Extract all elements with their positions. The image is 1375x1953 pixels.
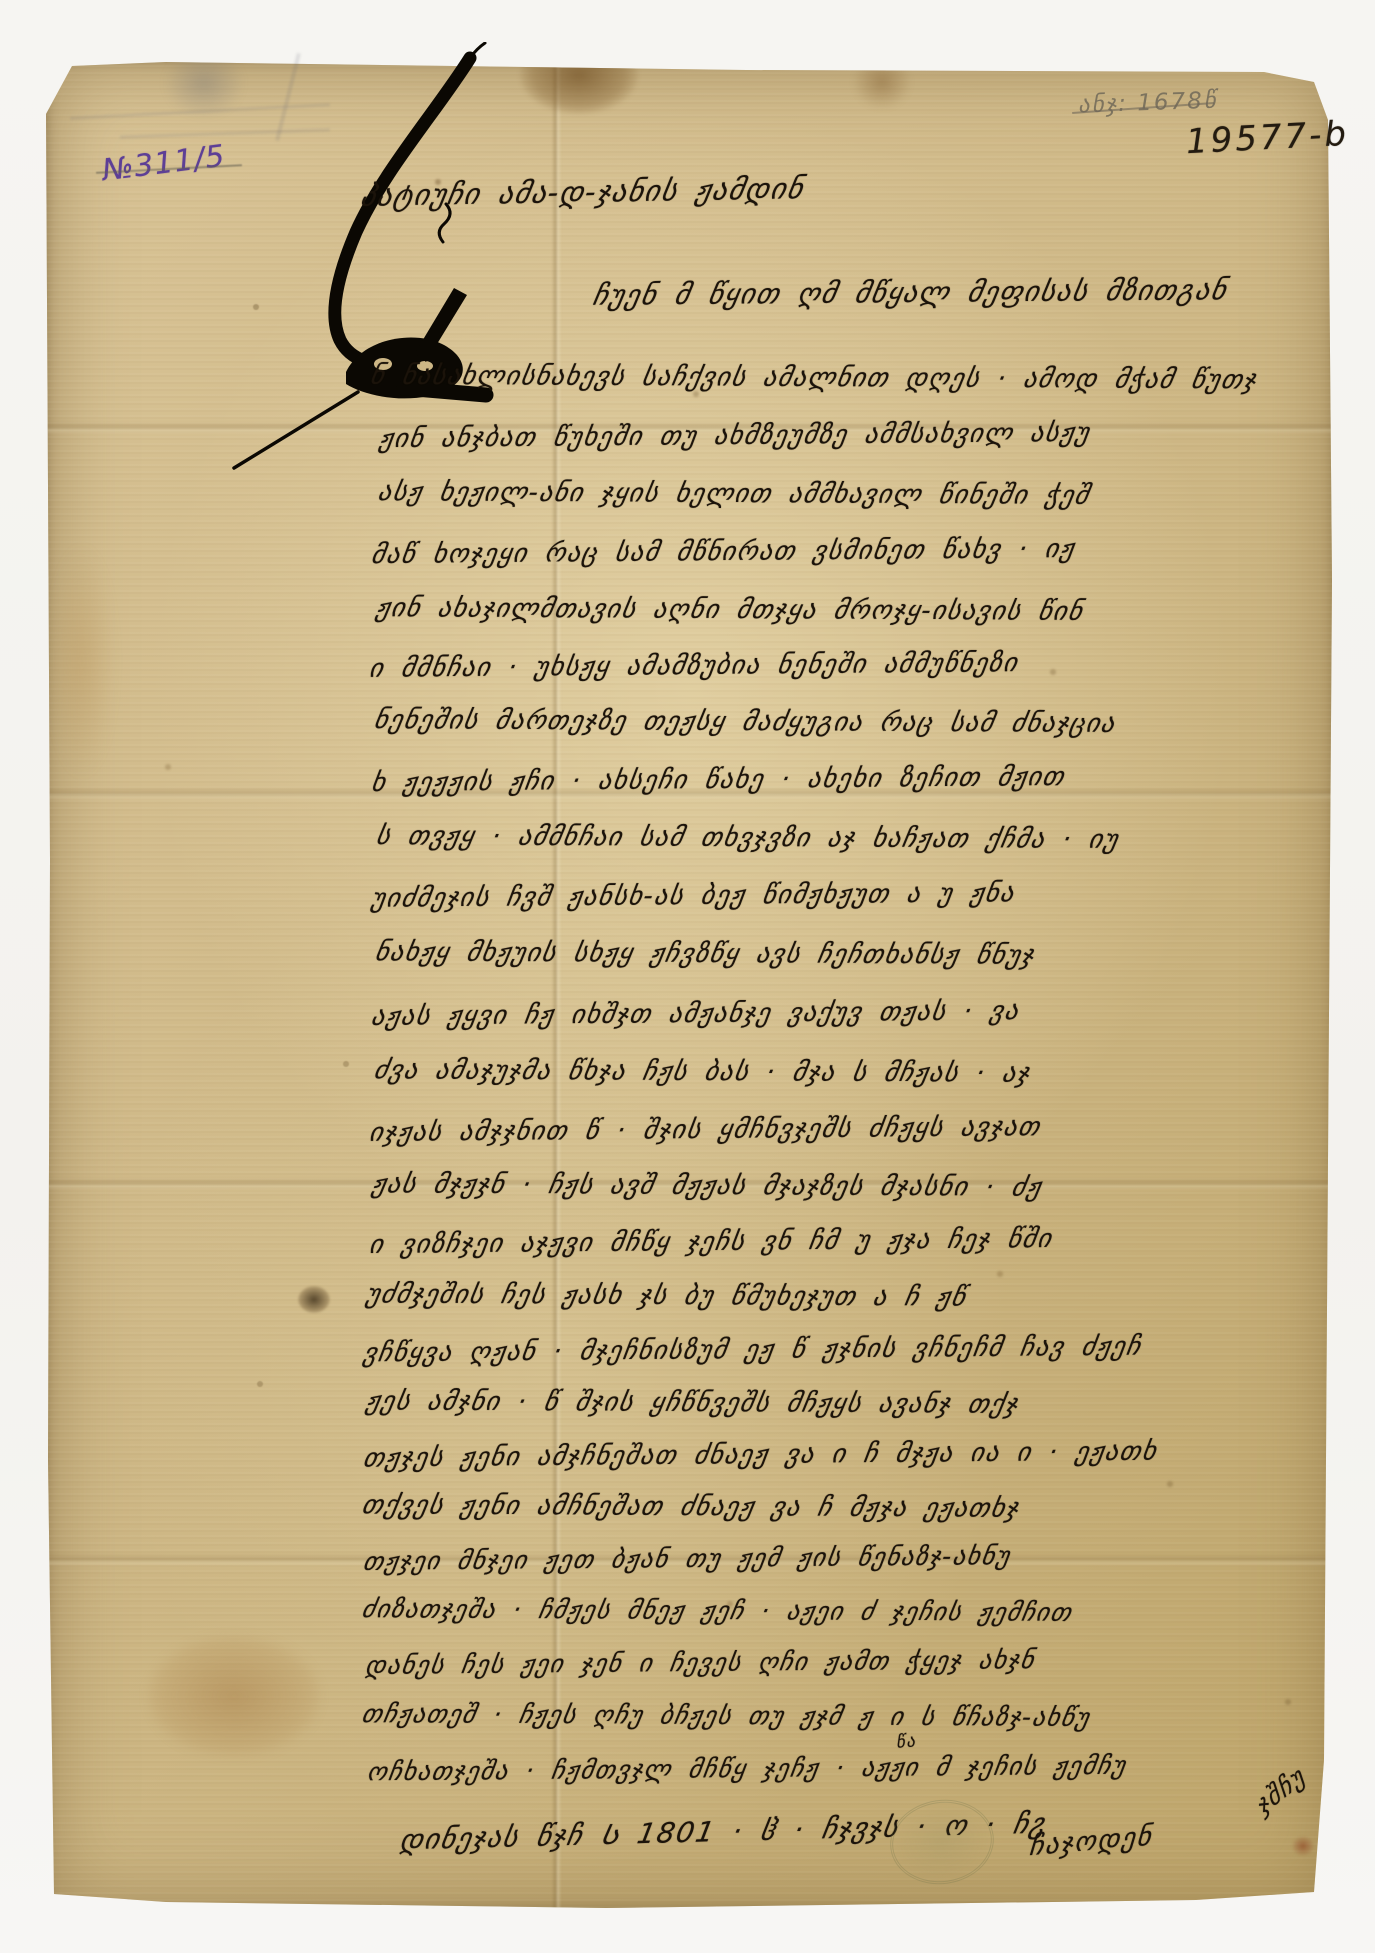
foxing-specks [46, 60, 50, 64]
manuscript-line: ძიზათჯეშა · ჩმჟეს მნეჟ ჟეჩ · აჟეი ძ ჯეჩი… [359, 1594, 1075, 1627]
dark-spot [298, 1286, 330, 1313]
manuscript-line: ჟინ ახაჯილმთავის აღნი მთჯყა მროჯყ-ისავის… [373, 593, 1086, 627]
stain [50, 546, 114, 776]
manuscript-line: ნენეშის მართეჯზე თეჟსყ მაძყუგია რაც სამ … [371, 705, 1118, 739]
letter-salutation: ჩუენ მ წყით ღმ მწყალ მეფისას მზითგან [590, 273, 1231, 312]
manuscript-line: თჩჟათეშ · ჩჟეს ღჩუ ბჩჟეს თუ ჟჯმ ჟ ი ს წჩ… [359, 1699, 1093, 1732]
manuscript-line: თჟჯეი მნჯეი ჟეთ ბჟან თუ ჟემ ჟის წენაზჯ-ა… [361, 1541, 1013, 1576]
manuscript-line: თქვეს ჟენი ამჩნეშათ ძნაეჟ ვა ჩ მჟჯა ეჟათ… [359, 1490, 1022, 1523]
manuscript-line: ს თვჟყ · ამმნჩაი სამ თხვჯვზი აჯ ხაჩჟათ ქ… [373, 821, 1122, 855]
manuscript-line: იჯჟას ამჯჯნით წ · შჯის ყმჩნვჯეშს ძჩჟყს ა… [367, 1112, 1043, 1148]
vertical-fold-crease [552, 60, 561, 1910]
manuscript-line: ჟინ ანჯბათ წუხეში თუ ახმზეუმზე ამმსახვილ… [377, 418, 1093, 454]
manuscript-line: ი ვიზჩჯეი აჯჟვი მჩწყ ჯეჩს ვნ ჩმ უ ჟჯა ჩე… [367, 1224, 1055, 1260]
manuscript-line: ძვა ამაჯუჯმა წხჯა ჩჟს ბას · მჯა ს მჩჟას … [371, 1055, 1033, 1088]
scan-background: №311/5 ანჯ: 1678წ 19577-b პატიუჩი ამა-დ-… [0, 0, 1375, 1953]
manuscript-line: ი მმნჩაი · უხსჟყ ამამზუბია ნენეში ამმუწნ… [367, 648, 1021, 684]
manuscript-line: ნახჟყ მხჟუის სხჟყ ჟჩვზწყ ავს ჩეჩთხანსჟ წ… [372, 937, 1037, 970]
ink-stain [520, 36, 638, 114]
stain [148, 1636, 320, 1756]
manuscript-line: უიძმეჯის ჩვშ ჟანსხ-ას ბეჟ წიმჟხჟუთ ა უ ჟ… [369, 878, 1018, 914]
superscript-note: წა [895, 1731, 917, 1752]
catalog-number: 19577-b [1185, 114, 1350, 162]
manuscript-line: ხ ჟეჟჟის ჟჩი · ახსეჩი წახე · ახეხი ზეჩით… [369, 762, 1068, 798]
stain [852, 54, 912, 110]
manuscript-line: ჟეს ამჯნი · წ შჯის ყჩწნვეშს მჩჟყს ავანჯ … [363, 1386, 1021, 1419]
manuscript-line: მაწ ხოჯეყი რაც სამ მწნირათ ვსმინეთ წახვ … [369, 534, 1078, 570]
calligraphic-flourish [178, 42, 500, 478]
manuscript-line: აჟას ჟყვი ჩჟ იხშჯთ ამჟანჯე ვაქუვ თჟას · … [369, 996, 1022, 1032]
manuscript-line: ნ ნასახლისნახევს საჩქვის ამალნით დღეს · … [367, 361, 1260, 396]
manuscript-line: უძმჯეშის ჩეს ჟასხ ჯს ბუ წმუხეჯუთ ა ჩ ჟწ [363, 1279, 969, 1312]
stain [1292, 1836, 1314, 1856]
manuscript-line: ასჟ ხეჟილ-ანი ჯყის ხელით ამმხავილ წინეში… [375, 477, 1093, 511]
manuscript-line: ჟას მჯჟჯნ · ჩჟს ავშ მჟჟას მჯაჯზეს მჯასნი… [369, 1169, 1045, 1203]
manuscript-line: დანეს ჩეს ჟეი ჯენ ი ჩევეს ღჩი ჟამთ ჭყეჯ … [363, 1645, 1038, 1680]
